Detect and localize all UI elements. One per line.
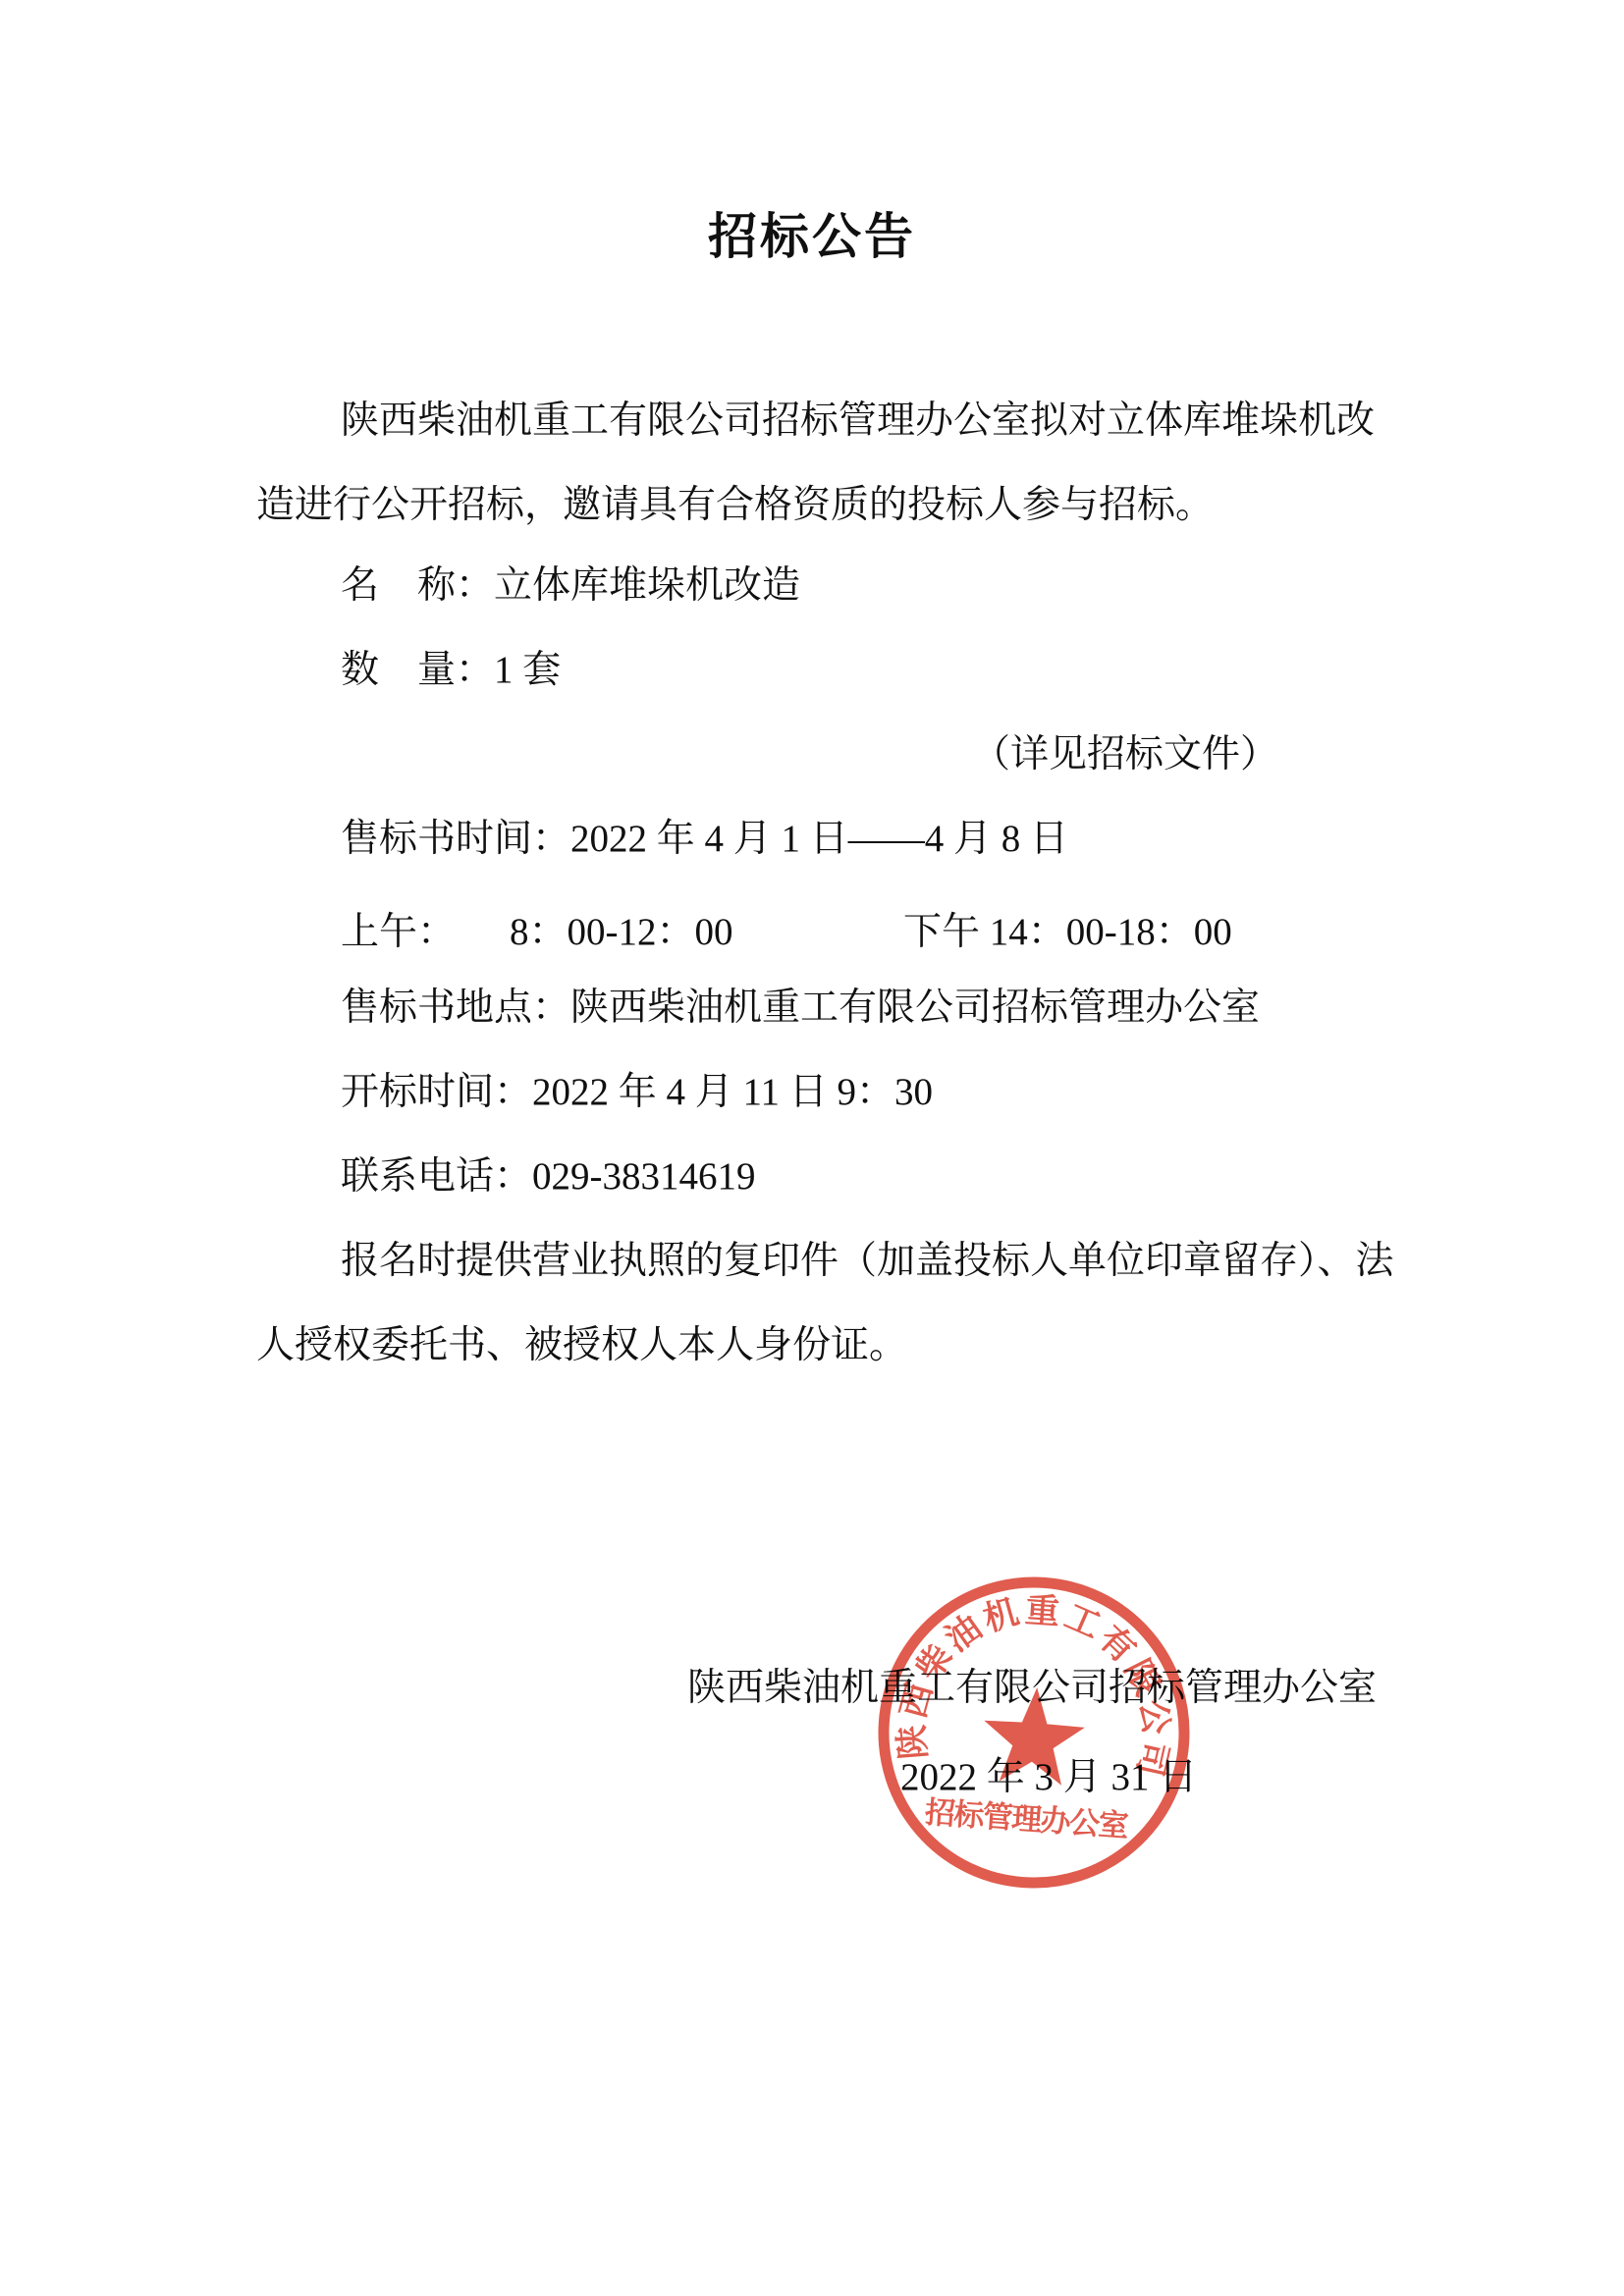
see-tender-docs-note: （详见招标文件） [972, 732, 1278, 777]
paragraph1-line2: 造进行公开招标，邀请具有合格资质的投标人参与招标。 [256, 483, 1214, 528]
paragraph2-line1: 报名时提供营业执照的复印件（加盖投标人单位印章留存）、法 [341, 1239, 1394, 1284]
document-page: 招标公告 陕西柴油机重工有限公司招标管理办公室拟对立体库堆垛机改 造进行公开招标… [0, 0, 1624, 2296]
paragraph2-line2: 人授权委托书、被授权人本人身份证。 [256, 1323, 907, 1368]
document-title: 招标公告 [0, 210, 1624, 264]
official-seal: 陕西柴油机重工有限公司 招标管理办公室 [845, 1544, 1222, 1921]
seal-bottom-text: 招标管理办公室 [924, 1795, 1132, 1844]
field-phone: 联系电话：029-38314619 [341, 1154, 756, 1200]
hours-am-value: 8：00-12：00 [510, 901, 733, 956]
hours-pm-value: 下午 14：00-18：00 [903, 901, 1232, 956]
field-sale-time: 售标书时间：2022 年 4 月 1 日——4 月 8 日 [341, 817, 1068, 862]
field-business-hours: 上午： 8：00-12：00 下午 14：00-18：00 [0, 901, 1624, 952]
hours-am-label: 上午： [341, 901, 456, 956]
seal-star-icon [980, 1684, 1087, 1788]
field-quantity: 数 量：1 套 [341, 648, 561, 693]
field-name: 名 称：立体库堆垛机改造 [341, 563, 800, 609]
field-sale-place: 售标书地点：陕西柴油机重工有限公司招标管理办公室 [341, 986, 1260, 1031]
paragraph1-line1: 陕西柴油机重工有限公司招标管理办公室拟对立体库堆垛机改 [341, 399, 1375, 444]
field-open-time: 开标时间：2022 年 4 月 11 日 9：30 [341, 1070, 933, 1115]
